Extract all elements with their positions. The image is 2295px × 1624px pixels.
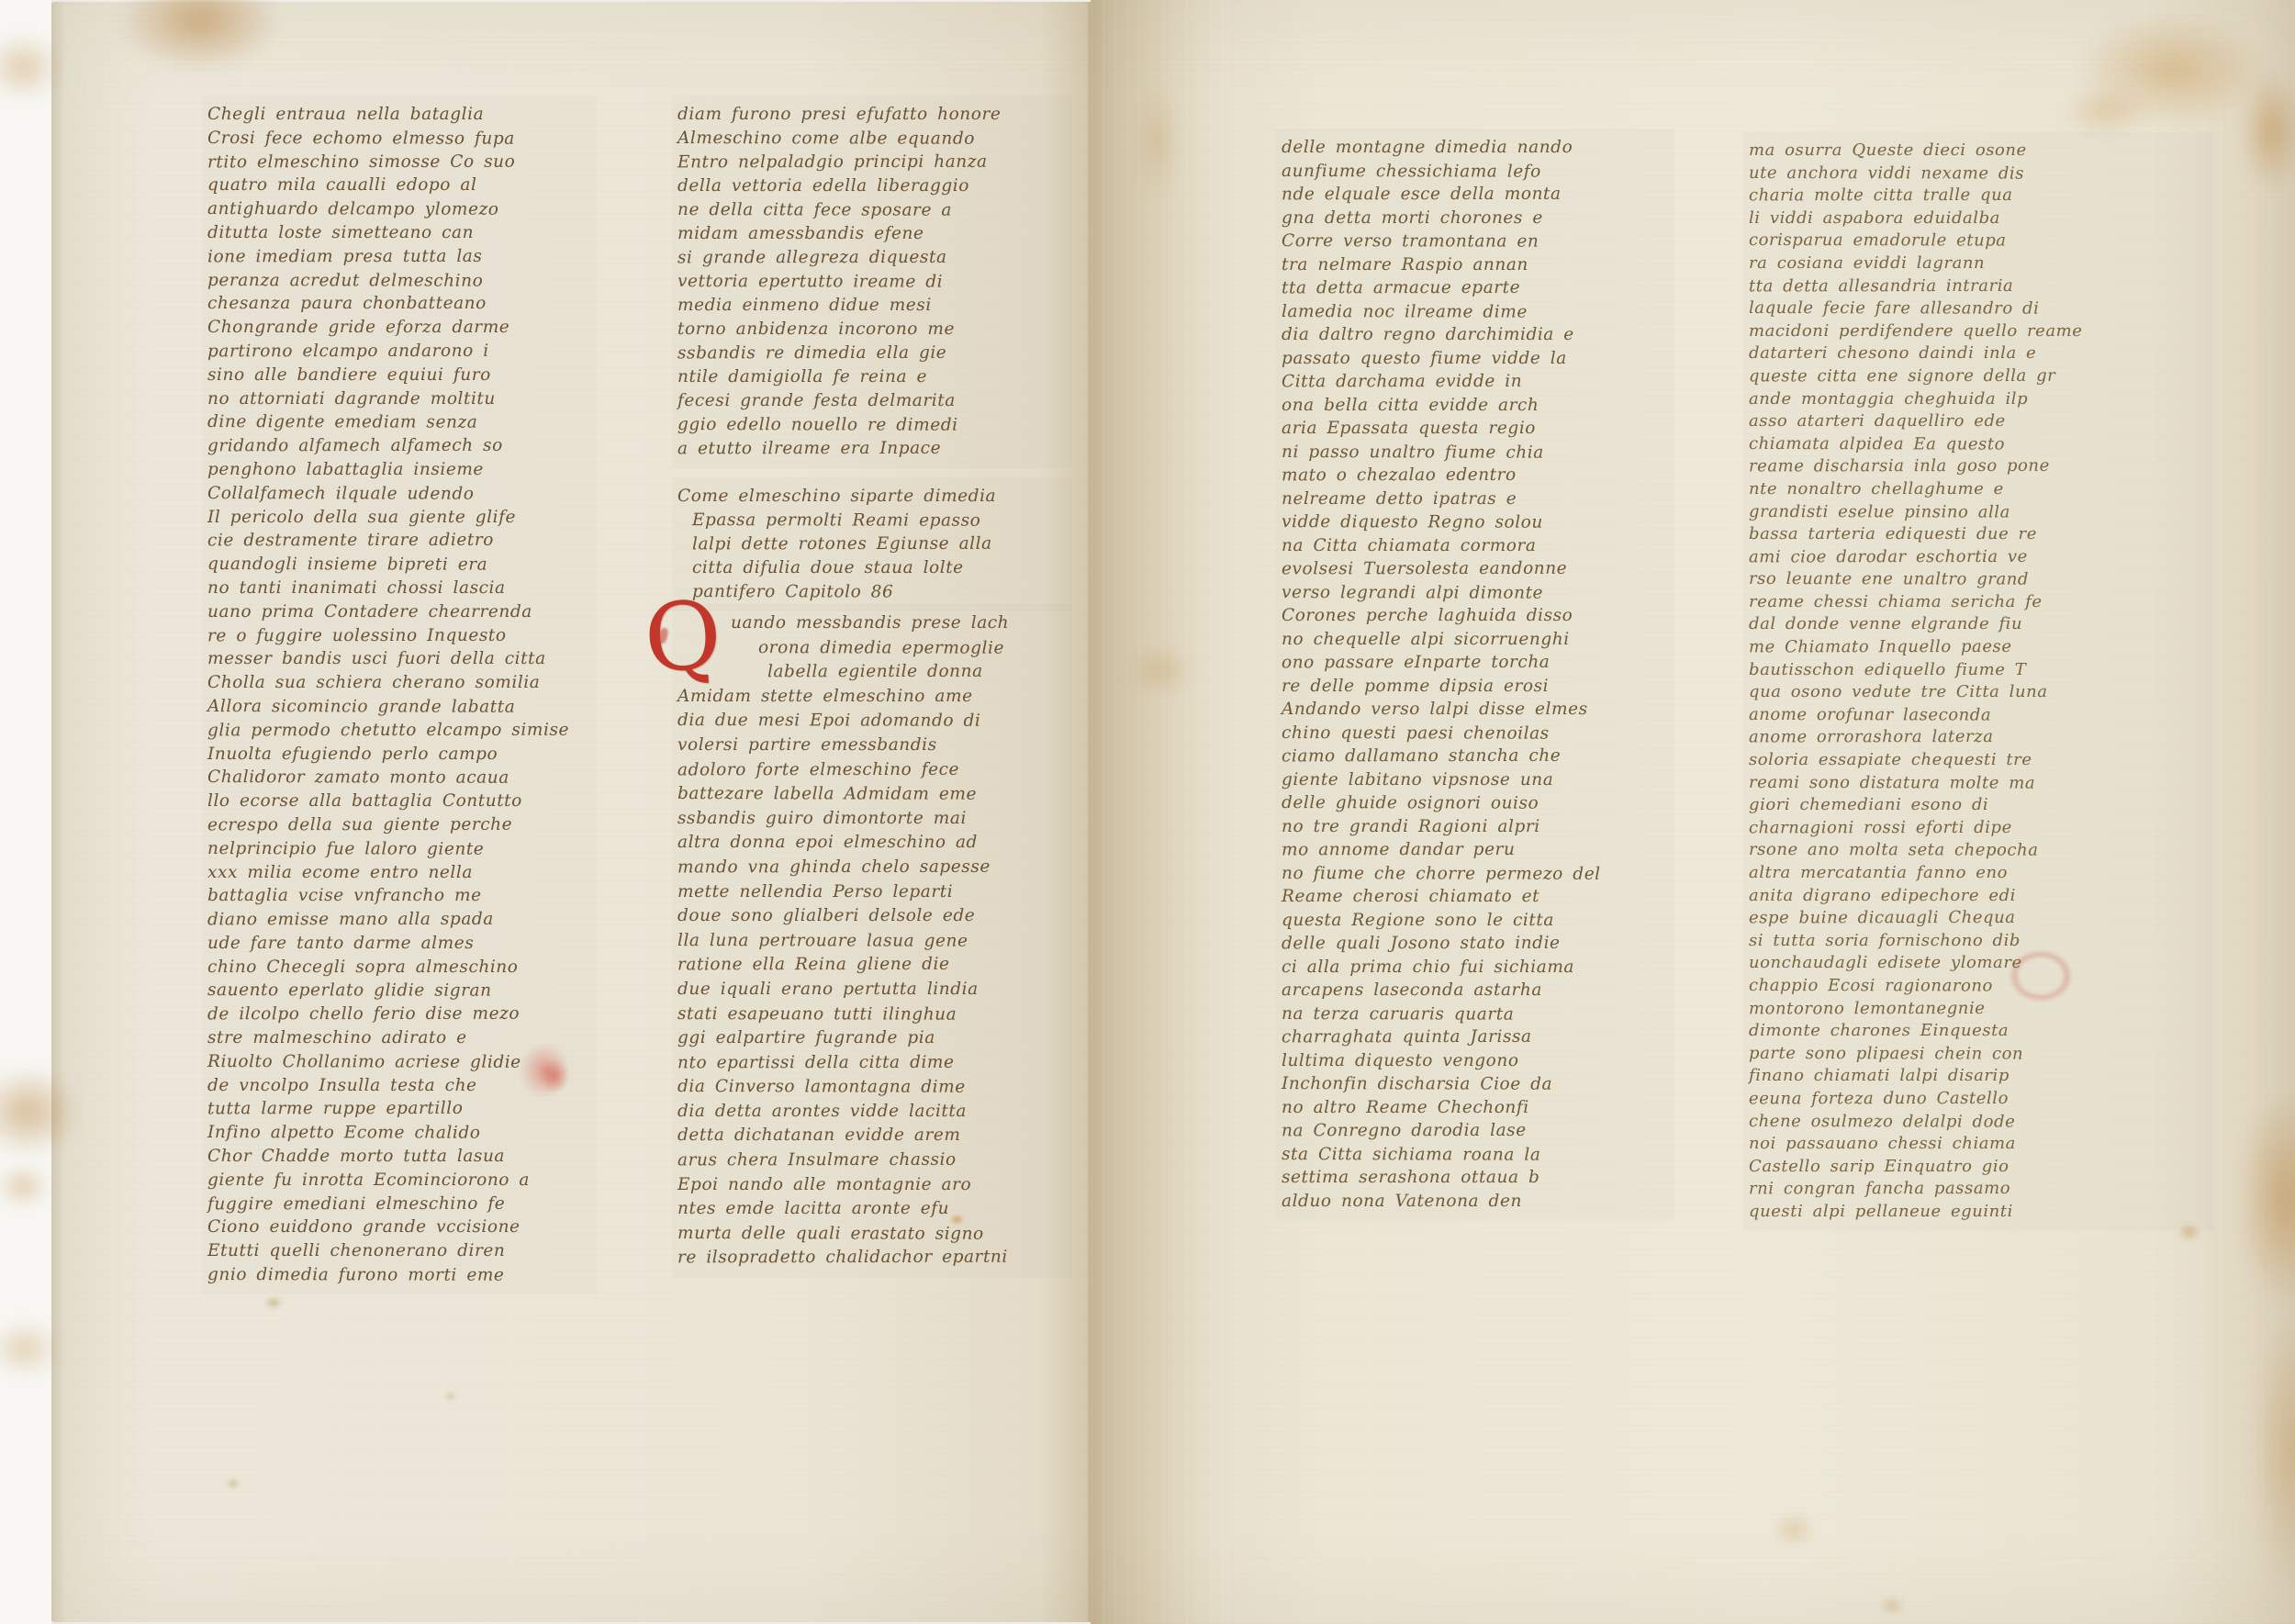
text-line: reame discharsia inla goso pone bbox=[1749, 455, 2208, 478]
text-line: due iquali erano pertutta lindia bbox=[677, 978, 1067, 1002]
text-line: gridando alfamech alfamech so bbox=[207, 434, 591, 459]
text-line: ute anchora viddi nexame dis bbox=[1749, 162, 2208, 186]
text-line: lla luna pertrouare lasua gene bbox=[677, 929, 1067, 954]
text-line: Citta darchama evidde in bbox=[1282, 370, 1669, 394]
text-line: midam amessbandis efene bbox=[677, 222, 1067, 246]
text-line: chino questi paesi chenoilas bbox=[1282, 722, 1669, 745]
text-line: penghono labattaglia insieme bbox=[207, 458, 591, 482]
text-line: queste citta ene signore della gr bbox=[1749, 365, 2208, 388]
text-line: reame chessi chiama sericha fe bbox=[1749, 591, 2208, 614]
text-line: evolsesi Tuersolesta eandonne bbox=[1282, 557, 1669, 581]
text-line: de ilcolpo chello ferio dise mezo bbox=[207, 1002, 591, 1027]
text-line: corisparua emadorule etupa bbox=[1749, 230, 2208, 253]
text-line: ecrespo della sua giente perche bbox=[207, 813, 591, 838]
text-line: charnagioni rossi eforti dipe bbox=[1749, 816, 2208, 839]
text-line: verso legrandi alpi dimonte bbox=[1282, 581, 1669, 605]
text-line: giente labitano vipsnose una bbox=[1282, 768, 1669, 792]
text-line: gna detta morti chorones e bbox=[1282, 207, 1669, 230]
text-line: ntile damigiolla fe reina e bbox=[677, 365, 1067, 389]
text-line: reami sono distatura molte ma bbox=[1749, 772, 2208, 796]
text-line: passato questo fiume vidde la bbox=[1282, 347, 1669, 371]
text-line: Etutti quelli chenonerano diren bbox=[207, 1239, 591, 1263]
text-line: Corre verso tramontana en bbox=[1282, 230, 1669, 253]
text-line: battezare labella Admidam eme bbox=[677, 782, 1067, 807]
text-line: labella egientile donna bbox=[767, 660, 1067, 685]
text-line: no chequelle alpi sicorruenghi bbox=[1282, 628, 1669, 652]
text-line: ggi ealpartire fugrande pia bbox=[677, 1026, 1067, 1051]
text-line: li viddi aspabora eduidalba bbox=[1749, 207, 2208, 230]
text-line: no tre grandi Ragioni alpri bbox=[1282, 815, 1669, 839]
text-line: ni passo unaltro fiume chia bbox=[1282, 441, 1669, 465]
text-line: vidde diquesto Regno solou bbox=[1282, 510, 1669, 534]
text-line: grandisti eselue pinsino alla bbox=[1749, 500, 2208, 524]
rubricated-initial-q: Q bbox=[642, 589, 723, 687]
text-line: Chongrande gride eforza darme bbox=[207, 316, 591, 340]
text-line: si tutta soria fornischono dib bbox=[1749, 930, 2208, 953]
text-line: ssbandis guiro dimontorte mai bbox=[677, 807, 1067, 832]
text-line: Crosi fece echomo elmesso fupa bbox=[207, 127, 591, 151]
text-line: ssbandis re dimedia ella gie bbox=[677, 342, 1067, 366]
text-line: fecesi grande festa delmarita bbox=[677, 389, 1067, 413]
text-line: Amidam stette elmeschino ame bbox=[677, 685, 1067, 710]
text-line: delle montagne dimedia nando bbox=[1282, 136, 1669, 160]
text-line: ratione ella Reina gliene die bbox=[677, 953, 1067, 978]
text-line: Collalfamech ilquale udendo bbox=[207, 482, 591, 507]
text-line: aunfiume chessichiama lefo bbox=[1282, 160, 1669, 184]
text-line: mato o chezalao edentro bbox=[1282, 464, 1669, 487]
text-line: antighuardo delcampo ylomezo bbox=[207, 197, 591, 222]
text-line: chino Checegli sopra almeschino bbox=[207, 956, 591, 980]
text-line: sino alle bandiere equiui furo bbox=[207, 364, 591, 387]
text-line: vettoria epertutto ireame di bbox=[677, 270, 1067, 295]
text-line: bautisschon ediquello fiume T bbox=[1749, 659, 2208, 682]
text-line: tta detta allesandria intraria bbox=[1749, 274, 2208, 297]
text-line: cie destramente tirare adietro bbox=[207, 529, 591, 554]
text-line: qua osono vedute tre Citta luna bbox=[1749, 681, 2208, 704]
text-line: no fiume che chorre permezo del bbox=[1282, 862, 1669, 886]
text-line: montorono lemontanegnie bbox=[1749, 997, 2208, 1020]
text-line: re ilsopradetto chalidachor epartni bbox=[677, 1246, 1067, 1271]
text-line: si grande allegreza diquesta bbox=[677, 246, 1067, 271]
text-line: peranza acredut delmeschino bbox=[207, 269, 591, 294]
foxing-stain bbox=[0, 1164, 50, 1208]
text-line: murta delle quali erastato signo bbox=[677, 1222, 1067, 1247]
text-line: rtito elmeschino simosse Co suo bbox=[207, 150, 591, 174]
text-line: orona dimedia epermoglie bbox=[758, 636, 1067, 661]
text-line: delle quali Josono stato indie bbox=[1282, 932, 1669, 956]
text-line: uano prima Contadere chearrenda bbox=[207, 600, 591, 624]
text-line: na terza caruaris quarta bbox=[1282, 1002, 1669, 1026]
text-line: arus chera Insulmare chassio bbox=[677, 1148, 1067, 1173]
text-line: ma osurra Queste dieci osone bbox=[1749, 140, 2208, 162]
text-line: bassa tarteria ediquesti due re bbox=[1749, 523, 2208, 546]
text-line: noi passauano chessi chiama bbox=[1749, 1133, 2208, 1156]
text-line: giente fu inrotta Ecominciorono a bbox=[207, 1169, 591, 1193]
text-line: tta detta armacue eparte bbox=[1282, 276, 1669, 300]
text-line: a etutto ilreame era Inpace bbox=[677, 437, 1067, 462]
text-line: Chalidoror zamato monto acaua bbox=[207, 766, 591, 790]
text-line: delle ghuide osignori ouiso bbox=[1282, 791, 1669, 815]
text-line: arcapens laseconda astarha bbox=[1282, 979, 1669, 1002]
text-line: Chegli entraua nella bataglia bbox=[207, 103, 591, 127]
text-line: volersi partire emessbandis bbox=[677, 734, 1067, 758]
text-line: Inchonfin discharsia Cioe da bbox=[1282, 1072, 1669, 1096]
text-line: laquale fecie fare allesandro di bbox=[1749, 297, 2208, 321]
text-line: charia molte citta tralle qua bbox=[1749, 185, 2208, 207]
text-line: messer bandis usci fuori della citta bbox=[207, 647, 591, 671]
text-line: Chor Chadde morto tutta lasua bbox=[207, 1145, 591, 1169]
text-line: dine digente emediam senza bbox=[207, 410, 591, 435]
text-line: chene osulmezo delalpi dode bbox=[1749, 1111, 2208, 1135]
text-line: dia due mesi Epoi adomando di bbox=[677, 709, 1067, 734]
text-line: battaglia vcise vnfrancho me bbox=[207, 884, 591, 908]
text-line: ci alla prima chio fui sichiama bbox=[1282, 956, 1669, 980]
text-line: nde elquale esce della monta bbox=[1282, 183, 1669, 207]
text-line: datarteri chesono daindi inla e bbox=[1749, 342, 2208, 365]
text-line: na Citta chiamata cormora bbox=[1282, 534, 1669, 558]
text-line: de vncolpo Insulla testa che bbox=[207, 1074, 591, 1098]
text-line: anome orofunar laseconda bbox=[1749, 704, 2208, 728]
text-line: diano emisse mano alla spada bbox=[207, 908, 591, 933]
text-line: me Chiamato Inquello paese bbox=[1749, 636, 2208, 659]
text-line: na Conregno darodia lase bbox=[1282, 1119, 1669, 1143]
text-line: altra mercatantia fanno eno bbox=[1749, 862, 2208, 885]
text-line: Allora sicomincio grande labatta bbox=[207, 695, 591, 720]
text-line: settima serashona ottaua b bbox=[1282, 1166, 1669, 1190]
chapter-heading-line: lalpi dette rotones Egiunse alla bbox=[692, 532, 1067, 557]
text-line: asso atarteri daquelliro ede bbox=[1749, 410, 2208, 433]
text-line: gnio dimedia furono morti eme bbox=[207, 1263, 591, 1288]
text-line: detta dichatanan evidde arem bbox=[677, 1124, 1067, 1148]
text-line: nte nonaltro chellaghume e bbox=[1749, 478, 2208, 501]
text-line: mando vna ghinda chelo sapesse bbox=[677, 856, 1067, 880]
text-line: sta Citta sichiama roana la bbox=[1282, 1143, 1669, 1167]
left-page-column-2-intro: diam furono presi efufatto honoreAlmesch… bbox=[677, 103, 1067, 461]
text-line: alduo nona Vatenona den bbox=[1282, 1190, 1669, 1214]
text-line: ande montaggia cheghuida ilp bbox=[1749, 388, 2208, 411]
text-line: altra donna epoi elmeschino ad bbox=[677, 831, 1067, 856]
text-line: chiamata alpidea Ea questo bbox=[1749, 433, 2208, 457]
text-line: macidoni perdifendere quello reame bbox=[1749, 320, 2208, 343]
text-line: quandogli insieme bipreti era bbox=[207, 553, 591, 577]
text-line: media einmeno didue mesi bbox=[677, 294, 1067, 318]
text-line: no tanti inanimati chossi lascia bbox=[207, 577, 591, 600]
text-line: quatro mila caualli edopo al bbox=[207, 174, 591, 197]
text-line: torno anbidenza incorono me bbox=[677, 318, 1067, 342]
text-line: adoloro forte elmeschino fece bbox=[677, 757, 1067, 782]
text-line: anita digrano edipechore edi bbox=[1749, 885, 2208, 908]
text-line: diam furono presi efufatto honore bbox=[677, 103, 1067, 127]
text-line: Reame cherosi chiamato et bbox=[1282, 885, 1669, 909]
text-line: Corones perche laghuida disso bbox=[1282, 604, 1669, 628]
text-line: soloria essapiate chequesti tre bbox=[1749, 749, 2208, 772]
chapter-heading-line: pantifero Capitolo 86 bbox=[692, 580, 1067, 605]
text-line: ggio edello nouello re dimedi bbox=[677, 413, 1067, 438]
text-line: dia detta arontes vidde lacitta bbox=[677, 1100, 1067, 1125]
text-line: ona bella citta evidde arch bbox=[1282, 394, 1669, 418]
text-line: partirono elcampo andarono i bbox=[207, 340, 591, 364]
text-line: parte sono plipaesi chein con bbox=[1749, 1043, 2208, 1067]
text-line: ntes emde lacitta aronte efu bbox=[677, 1197, 1067, 1222]
text-line: uonchaudagli edisete ylomare bbox=[1749, 952, 2208, 975]
text-line: rni congran fancha passamo bbox=[1749, 1178, 2208, 1201]
text-line: ami cioe darodar eschortia ve bbox=[1749, 545, 2208, 568]
text-line: Inuolta efugiendo perlo campo bbox=[207, 743, 591, 767]
text-line: glia permodo chetutto elcampo simise bbox=[207, 718, 591, 743]
text-line: lamedia noc ilreame dime bbox=[1282, 300, 1669, 324]
text-line: dia Cinverso lamontagna dime bbox=[677, 1075, 1067, 1100]
text-line: ciamo dallamano stancha che bbox=[1282, 745, 1669, 768]
text-line: no altro Reame Chechonfi bbox=[1282, 1096, 1669, 1120]
text-line: finano chiamati lalpi disarip bbox=[1749, 1065, 2208, 1088]
text-line: Infino alpetto Ecome chalido bbox=[207, 1121, 591, 1146]
text-line: nto epartissi della citta dime bbox=[677, 1050, 1067, 1075]
text-line: xxx milia ecome entro nella bbox=[207, 861, 591, 885]
text-line: ne della citta fece sposare a bbox=[677, 198, 1067, 223]
text-line: tra nelmare Raspio annan bbox=[1282, 253, 1669, 277]
text-line: dia daltro regno darchimidia e bbox=[1282, 323, 1669, 347]
chapter-body: uando messbandis prese lachorona dimedia… bbox=[677, 611, 1067, 1271]
text-line: stre malmeschino adirato e bbox=[207, 1026, 591, 1050]
manuscript-photo: { "artifact": { "kind_label": "handwritt… bbox=[0, 0, 2295, 1624]
gutter-fold bbox=[1091, 0, 1228, 1624]
chapter-heading-line: citta difulia doue staua lolte bbox=[692, 556, 1067, 580]
right-page-column-2: ma osurra Queste dieci osoneute anchora … bbox=[1749, 140, 2208, 1224]
text-line: doue sono glialberi delsole ede bbox=[677, 904, 1067, 929]
text-line: questa Regione sono le citta bbox=[1282, 909, 1669, 933]
text-line: no attorniati dagrande moltitu bbox=[207, 387, 591, 411]
text-line: rso leuante ene unaltro grand bbox=[1749, 568, 2208, 592]
text-line: Riuolto Chollanimo acriese glidie bbox=[207, 1050, 591, 1075]
text-line: uando messbandis prese lach bbox=[731, 611, 1067, 636]
text-line: eeuna forteza duno Castello bbox=[1749, 1088, 2208, 1111]
text-line: Entro nelpaladgio principi hanza bbox=[677, 151, 1067, 175]
text-line: tutta larme ruppe epartillo bbox=[207, 1097, 591, 1122]
text-line: Castello sarip Einquatro gio bbox=[1749, 1156, 2208, 1179]
text-line: nelreame detto ipatras e bbox=[1282, 487, 1669, 511]
text-line: stati esapeuano tutti ilinghua bbox=[677, 1002, 1067, 1027]
text-line: dimonte charones Einquesta bbox=[1749, 1020, 2208, 1043]
text-line: chappio Ecosi ragionarono bbox=[1749, 975, 2208, 999]
text-line: lultima diquesto vengono bbox=[1282, 1049, 1669, 1073]
text-line: Il pericolo della sua giente glife bbox=[207, 506, 591, 530]
text-line: della vettoria edella liberaggio bbox=[677, 174, 1067, 198]
text-line: Andando verso lalpi disse elmes bbox=[1282, 698, 1669, 722]
text-line: rsone ano molta seta chepocha bbox=[1749, 839, 2208, 863]
text-line: questi alpi pellaneue eguinti bbox=[1749, 1201, 2208, 1224]
text-line: espe buine dicauagli Chequa bbox=[1749, 907, 2208, 930]
left-page-column-1: Chegli entraua nella batagliaCrosi fece … bbox=[207, 103, 591, 1287]
text-line: dal donde venne elgrande fiu bbox=[1749, 613, 2208, 636]
text-line: Almeschino come albe equando bbox=[677, 127, 1067, 151]
text-line: fuggire emediani elmeschino fe bbox=[207, 1192, 591, 1216]
text-line: mo annome dandar peru bbox=[1282, 838, 1669, 862]
text-line: ione imediam presa tutta las bbox=[207, 244, 591, 269]
right-page-column-1: delle montagne dimedia nandoaunfiume che… bbox=[1282, 136, 1669, 1213]
text-line: aria Epassata questa regio bbox=[1282, 417, 1669, 441]
text-line: Cholla sua schiera cherano somilia bbox=[207, 671, 591, 695]
text-line: ditutta loste simetteano can bbox=[207, 221, 591, 245]
text-line: chesanza paura chonbatteano bbox=[207, 292, 591, 316]
text-line: ude fare tanto darme almes bbox=[207, 932, 591, 956]
text-line: anome orrorashora laterza bbox=[1749, 726, 2208, 749]
chapter-heading: Come elmeschino siparte dimediaEpassa pe… bbox=[677, 485, 1067, 604]
text-line: nelprincipio fue laloro giente bbox=[207, 837, 591, 862]
text-line: re delle pomme dipsia erosi bbox=[1282, 675, 1669, 699]
chapter-heading-line: Epassa permolti Reami epasso bbox=[692, 509, 1067, 533]
chapter-heading-line: Come elmeschino siparte dimedia bbox=[677, 485, 1067, 509]
text-line: Epoi nando alle montagnie aro bbox=[677, 1173, 1067, 1198]
text-line: mette nellendia Perso leparti bbox=[677, 880, 1067, 905]
text-line: ra cosiana eviddi lagrann bbox=[1749, 252, 2208, 275]
text-line: Ciono euiddono grande vccisione bbox=[207, 1215, 591, 1239]
text-line: giori chemediani esono di bbox=[1749, 794, 2208, 817]
text-line: sauento eperlato glidie sigran bbox=[207, 980, 591, 1004]
text-line: ono passare eInparte torcha bbox=[1282, 651, 1669, 675]
text-line: re o fuggire uolessino Inquesto bbox=[207, 623, 591, 648]
text-line: charraghata quinta Jarissa bbox=[1282, 1025, 1669, 1049]
text-line: llo ecorse alla battaglia Contutto bbox=[207, 790, 591, 813]
